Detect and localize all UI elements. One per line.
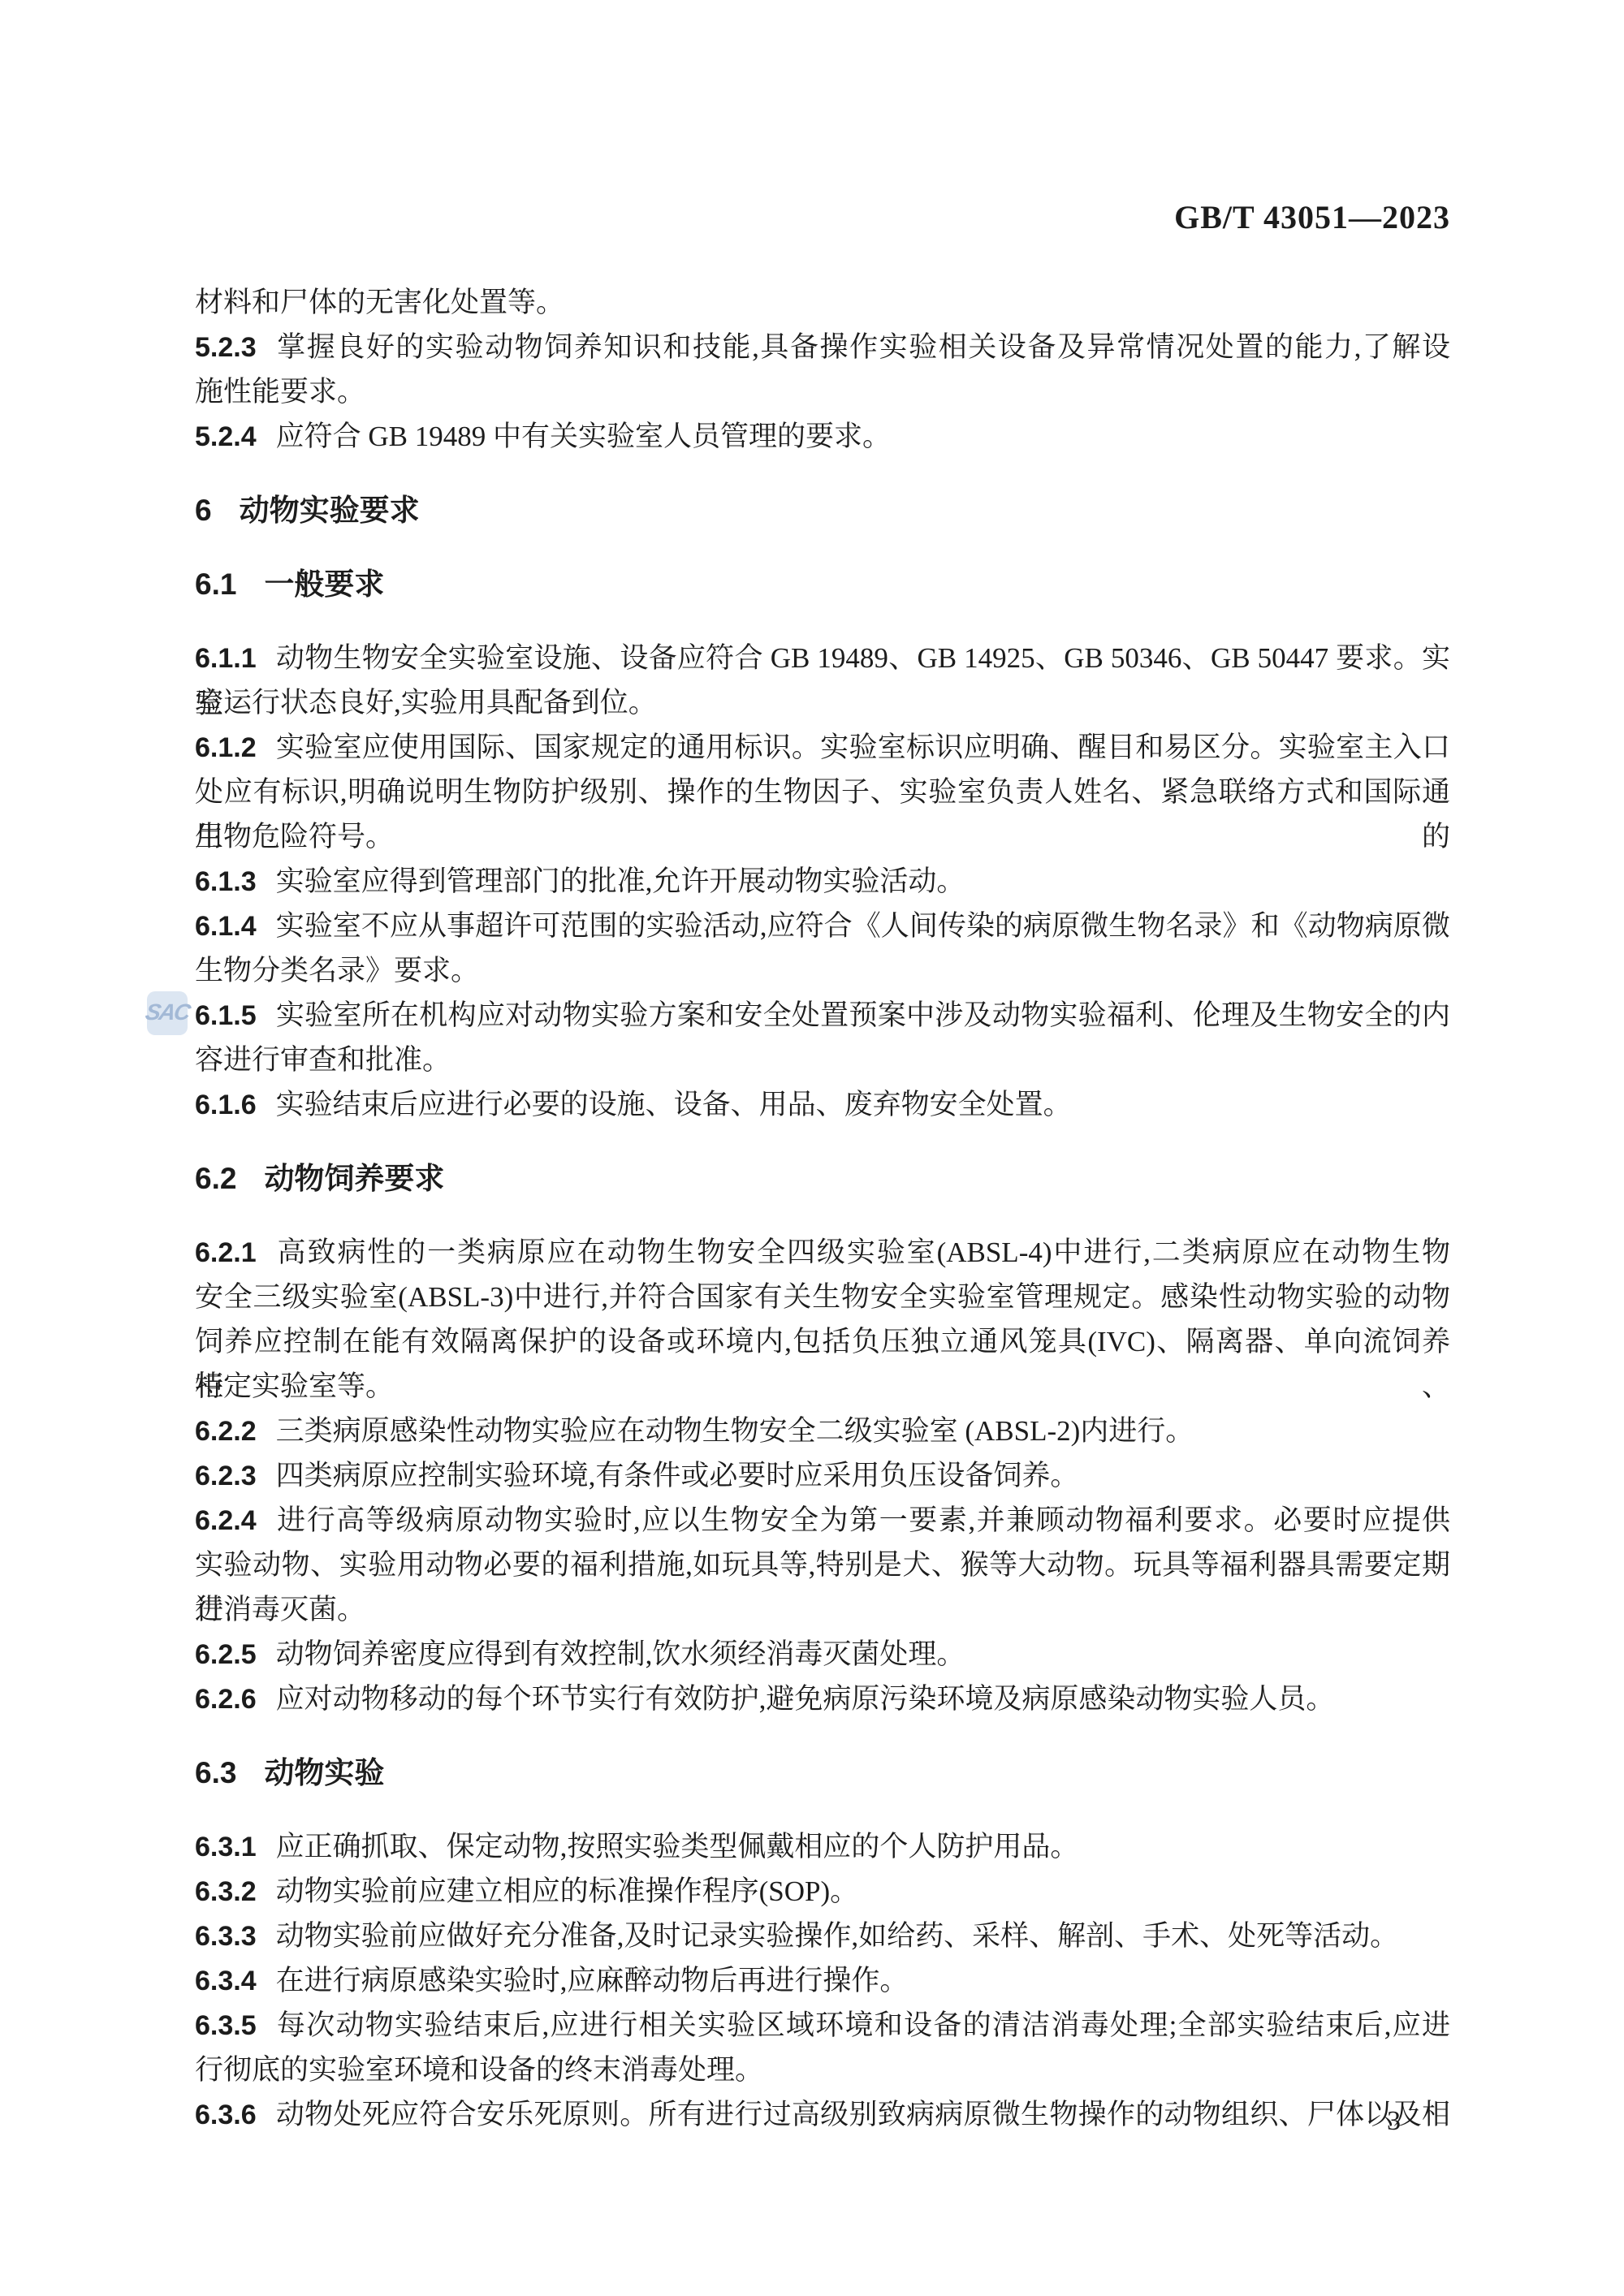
clause-text: 应对动物移动的每个环节实行有效防护,避免病原污染环境及病原感染动物实验人员。 [276, 1683, 1335, 1715]
clause-text: 高致病性的一类病原应在动物生物安全四级实验室(ABSL-4)中进行,二类病原应在… [276, 1236, 1450, 1268]
section-heading: 6.2动物饲养要求 [195, 1156, 1450, 1201]
section-title: 动物实验 [264, 1756, 384, 1789]
clause-line: 6.2.6应对动物移动的每个环节实行有效防护,避免病原污染环境及病原感染动物实验… [195, 1677, 1450, 1722]
clause-number: 6.3.1 [195, 1832, 276, 1862]
clause-number: 6.1.3 [195, 866, 276, 897]
standard-number-header: GB/T 43051—2023 [1174, 198, 1450, 236]
clause-number: 6.3.4 [195, 1966, 276, 1996]
clause-line: 6.1.3实验室应得到管理部门的批准,允许开展动物实验活动。 [195, 859, 1450, 904]
clause-line: 5.2.4应符合 GB 19489 中有关实验室人员管理的要求。 [195, 414, 1450, 460]
clause-number: 5.2.4 [195, 421, 276, 452]
clause-text: 在进行病原感染实验时,应麻醉动物后再进行操作。 [276, 1965, 909, 1996]
clause-number: 6.1.2 [195, 732, 276, 763]
clause-line: 6.1.2实验室应使用国际、国家规定的通用标识。实验室标识应明确、醒目和易区分。… [195, 725, 1450, 770]
sac-watermark-text: SAC [132, 999, 203, 1025]
clause-text: 动物处死应符合安乐死原则。所有进行过高级别致病病原微生物操作的动物组织、尸体以及… [276, 2099, 1450, 2130]
clause-number: 6.2.2 [195, 1416, 276, 1447]
clause-text: 三类病原感染性动物实验应在动物生物安全二级实验室 (ABSL-2)内进行。 [276, 1415, 1194, 1447]
body-text: 安全三级实验室(ABSL-3)中进行,并符合国家有关生物安全实验室管理规定。感染… [195, 1281, 1450, 1313]
section-number: 6 [195, 494, 240, 527]
body-text: 施性能要求。 [195, 376, 365, 408]
clause-line: 6.2.4进行高等级病原动物实验时,应以生物安全为第一要素,并兼顾动物福利要求。… [195, 1498, 1450, 1543]
text-line: 生物分类名录》要求。 [195, 948, 1450, 993]
body-text: 特定实验室等。 [195, 1370, 394, 1402]
section-heading: 6动物实验要求 [195, 488, 1450, 533]
clause-number: 6.1.6 [195, 1090, 276, 1120]
section-title: 动物实验要求 [240, 494, 420, 527]
clause-text: 实验室不应从事超许可范围的实验活动,应符合《人间传染的病原微生物名录》和《动物病… [276, 910, 1450, 942]
clause-text: 每次动物实验结束后,应进行相关实验区域环境和设备的清洁消毒处理;全部实验结束后,… [276, 2009, 1450, 2041]
clause-text: 实验室应得到管理部门的批准,允许开展动物实验活动。 [276, 865, 965, 897]
sac-watermark-logo: SAC [147, 991, 188, 1035]
body-text: 行消毒灭菌。 [195, 1594, 365, 1625]
section-heading: 6.3动物实验 [195, 1750, 1450, 1795]
clause-line: 5.2.3掌握良好的实验动物饲养知识和技能,具备操作实验相关设备及异常情况处置的… [195, 325, 1450, 370]
clause-number: 6.1.5 [195, 1000, 276, 1031]
section-number: 6.2 [195, 1162, 264, 1195]
clause-text: 实验室所在机构应对动物实验方案和安全处置预案中涉及动物实验福利、伦理及生物安全的… [276, 999, 1450, 1031]
body-text: 生物分类名录》要求。 [195, 955, 479, 986]
clause-text: 应正确抓取、保定动物,按照实验类型佩戴相应的个人防护用品。 [276, 1831, 1079, 1862]
clause-line: 6.3.6动物处死应符合安乐死原则。所有进行过高级别致病病原微生物操作的动物组织… [195, 2092, 1450, 2138]
clause-line: 6.3.4在进行病原感染实验时,应麻醉动物后再进行操作。 [195, 1958, 1450, 2004]
body-text: 室运行状态良好,实验用具配备到位。 [195, 687, 657, 719]
clause-number: 6.1.1 [195, 643, 276, 674]
clause-line: 6.2.2三类病原感染性动物实验应在动物生物安全二级实验室 (ABSL-2)内进… [195, 1409, 1450, 1454]
page-number: 3 [1387, 2106, 1401, 2137]
text-line: 行消毒灭菌。 [195, 1587, 1450, 1632]
section-title: 动物饲养要求 [264, 1162, 444, 1195]
clause-text: 掌握良好的实验动物饲养知识和技能,具备操作实验相关设备及异常情况处置的能力,了解… [276, 331, 1450, 363]
clause-line: 6.1.5实验室所在机构应对动物实验方案和安全处置预案中涉及动物实验福利、伦理及… [195, 993, 1450, 1038]
section-number: 6.3 [195, 1756, 264, 1789]
body-text: 材料和尸体的无害化处置等。 [195, 287, 564, 318]
clause-text: 四类病原应控制实验环境,有条件或必要时应采用负压设备饲养。 [276, 1460, 1079, 1491]
clause-line: 6.3.5每次动物实验结束后,应进行相关实验区域环境和设备的清洁消毒处理;全部实… [195, 2003, 1450, 2048]
text-line: 室运行状态良好,实验用具配备到位。 [195, 680, 1450, 725]
clause-line: 6.2.1高致病性的一类病原应在动物生物安全四级实验室(ABSL-4)中进行,二… [195, 1230, 1450, 1275]
body-text: 行彻底的实验室环境和设备的终末消毒处理。 [195, 2054, 763, 2086]
clause-text: 动物饲养密度应得到有效控制,饮水须经消毒灭菌处理。 [276, 1638, 965, 1670]
clause-number: 6.1.4 [195, 911, 276, 942]
clause-number: 6.2.6 [195, 1684, 276, 1715]
clause-number: 6.2.4 [195, 1505, 276, 1536]
text-line: 材料和尸体的无害化处置等。 [195, 280, 1450, 325]
clause-text: 动物实验前应建立相应的标准操作程序(SOP)。 [276, 1875, 859, 1907]
clause-number: 6.2.5 [195, 1639, 276, 1670]
section-heading: 6.1一般要求 [195, 562, 1450, 606]
text-line: 施性能要求。 [195, 369, 1450, 414]
clause-text: 实验结束后应进行必要的设施、设备、用品、废弃物安全处置。 [276, 1089, 1072, 1120]
section-title: 一般要求 [264, 568, 384, 601]
clause-number: 6.3.3 [195, 1921, 276, 1952]
clause-number: 6.2.1 [195, 1237, 276, 1268]
clause-line: 6.2.5动物饲养密度应得到有效控制,饮水须经消毒灭菌处理。 [195, 1632, 1450, 1677]
clause-line: 6.3.1应正确抓取、保定动物,按照实验类型佩戴相应的个人防护用品。 [195, 1824, 1450, 1870]
text-line: 生物危险符号。 [195, 814, 1450, 859]
clause-text: 进行高等级病原动物实验时,应以生物安全为第一要素,并兼顾动物福利要求。必要时应提… [276, 1504, 1450, 1536]
clause-text: 动物实验前应做好充分准备,及时记录实验操作,如给药、采样、解剖、手术、处死等活动… [276, 1920, 1399, 1952]
clause-number: 6.3.5 [195, 2010, 276, 2041]
clause-line: 6.1.6实验结束后应进行必要的设施、设备、用品、废弃物安全处置。 [195, 1082, 1450, 1128]
clause-line: 6.2.3四类病原应控制实验环境,有条件或必要时应采用负压设备饲养。 [195, 1453, 1450, 1499]
text-line: 行彻底的实验室环境和设备的终末消毒处理。 [195, 2048, 1450, 2092]
text-line: 安全三级实验室(ABSL-3)中进行,并符合国家有关生物安全实验室管理规定。感染… [195, 1275, 1450, 1319]
body-text: 生物危险符号。 [195, 821, 394, 852]
section-number: 6.1 [195, 568, 264, 601]
text-line: 特定实验室等。 [195, 1364, 1450, 1409]
clause-line: 6.3.2动物实验前应建立相应的标准操作程序(SOP)。 [195, 1869, 1450, 1914]
clause-number: 6.3.6 [195, 2100, 276, 2130]
text-line: 容进行审查和批准。 [195, 1038, 1450, 1082]
body-text: 容进行审查和批准。 [195, 1044, 451, 1076]
document-page: GB/T 43051—2023 SAC 材料和尸体的无害化处置等。 5.2.3掌… [0, 0, 1624, 2296]
clause-line: 6.1.4实验室不应从事超许可范围的实验活动,应符合《人间传染的病原微生物名录》… [195, 904, 1450, 949]
clause-line: 6.3.3动物实验前应做好充分准备,及时记录实验操作,如给药、采样、解剖、手术、… [195, 1914, 1450, 1959]
clause-number: 5.2.3 [195, 332, 276, 363]
clause-number: 6.3.2 [195, 1876, 276, 1907]
clause-text: 实验室应使用国际、国家规定的通用标识。实验室标识应明确、醒目和易区分。实验室主入… [276, 732, 1450, 763]
clause-number: 6.2.3 [195, 1461, 276, 1491]
clause-text: 应符合 GB 19489 中有关实验室人员管理的要求。 [276, 421, 891, 452]
